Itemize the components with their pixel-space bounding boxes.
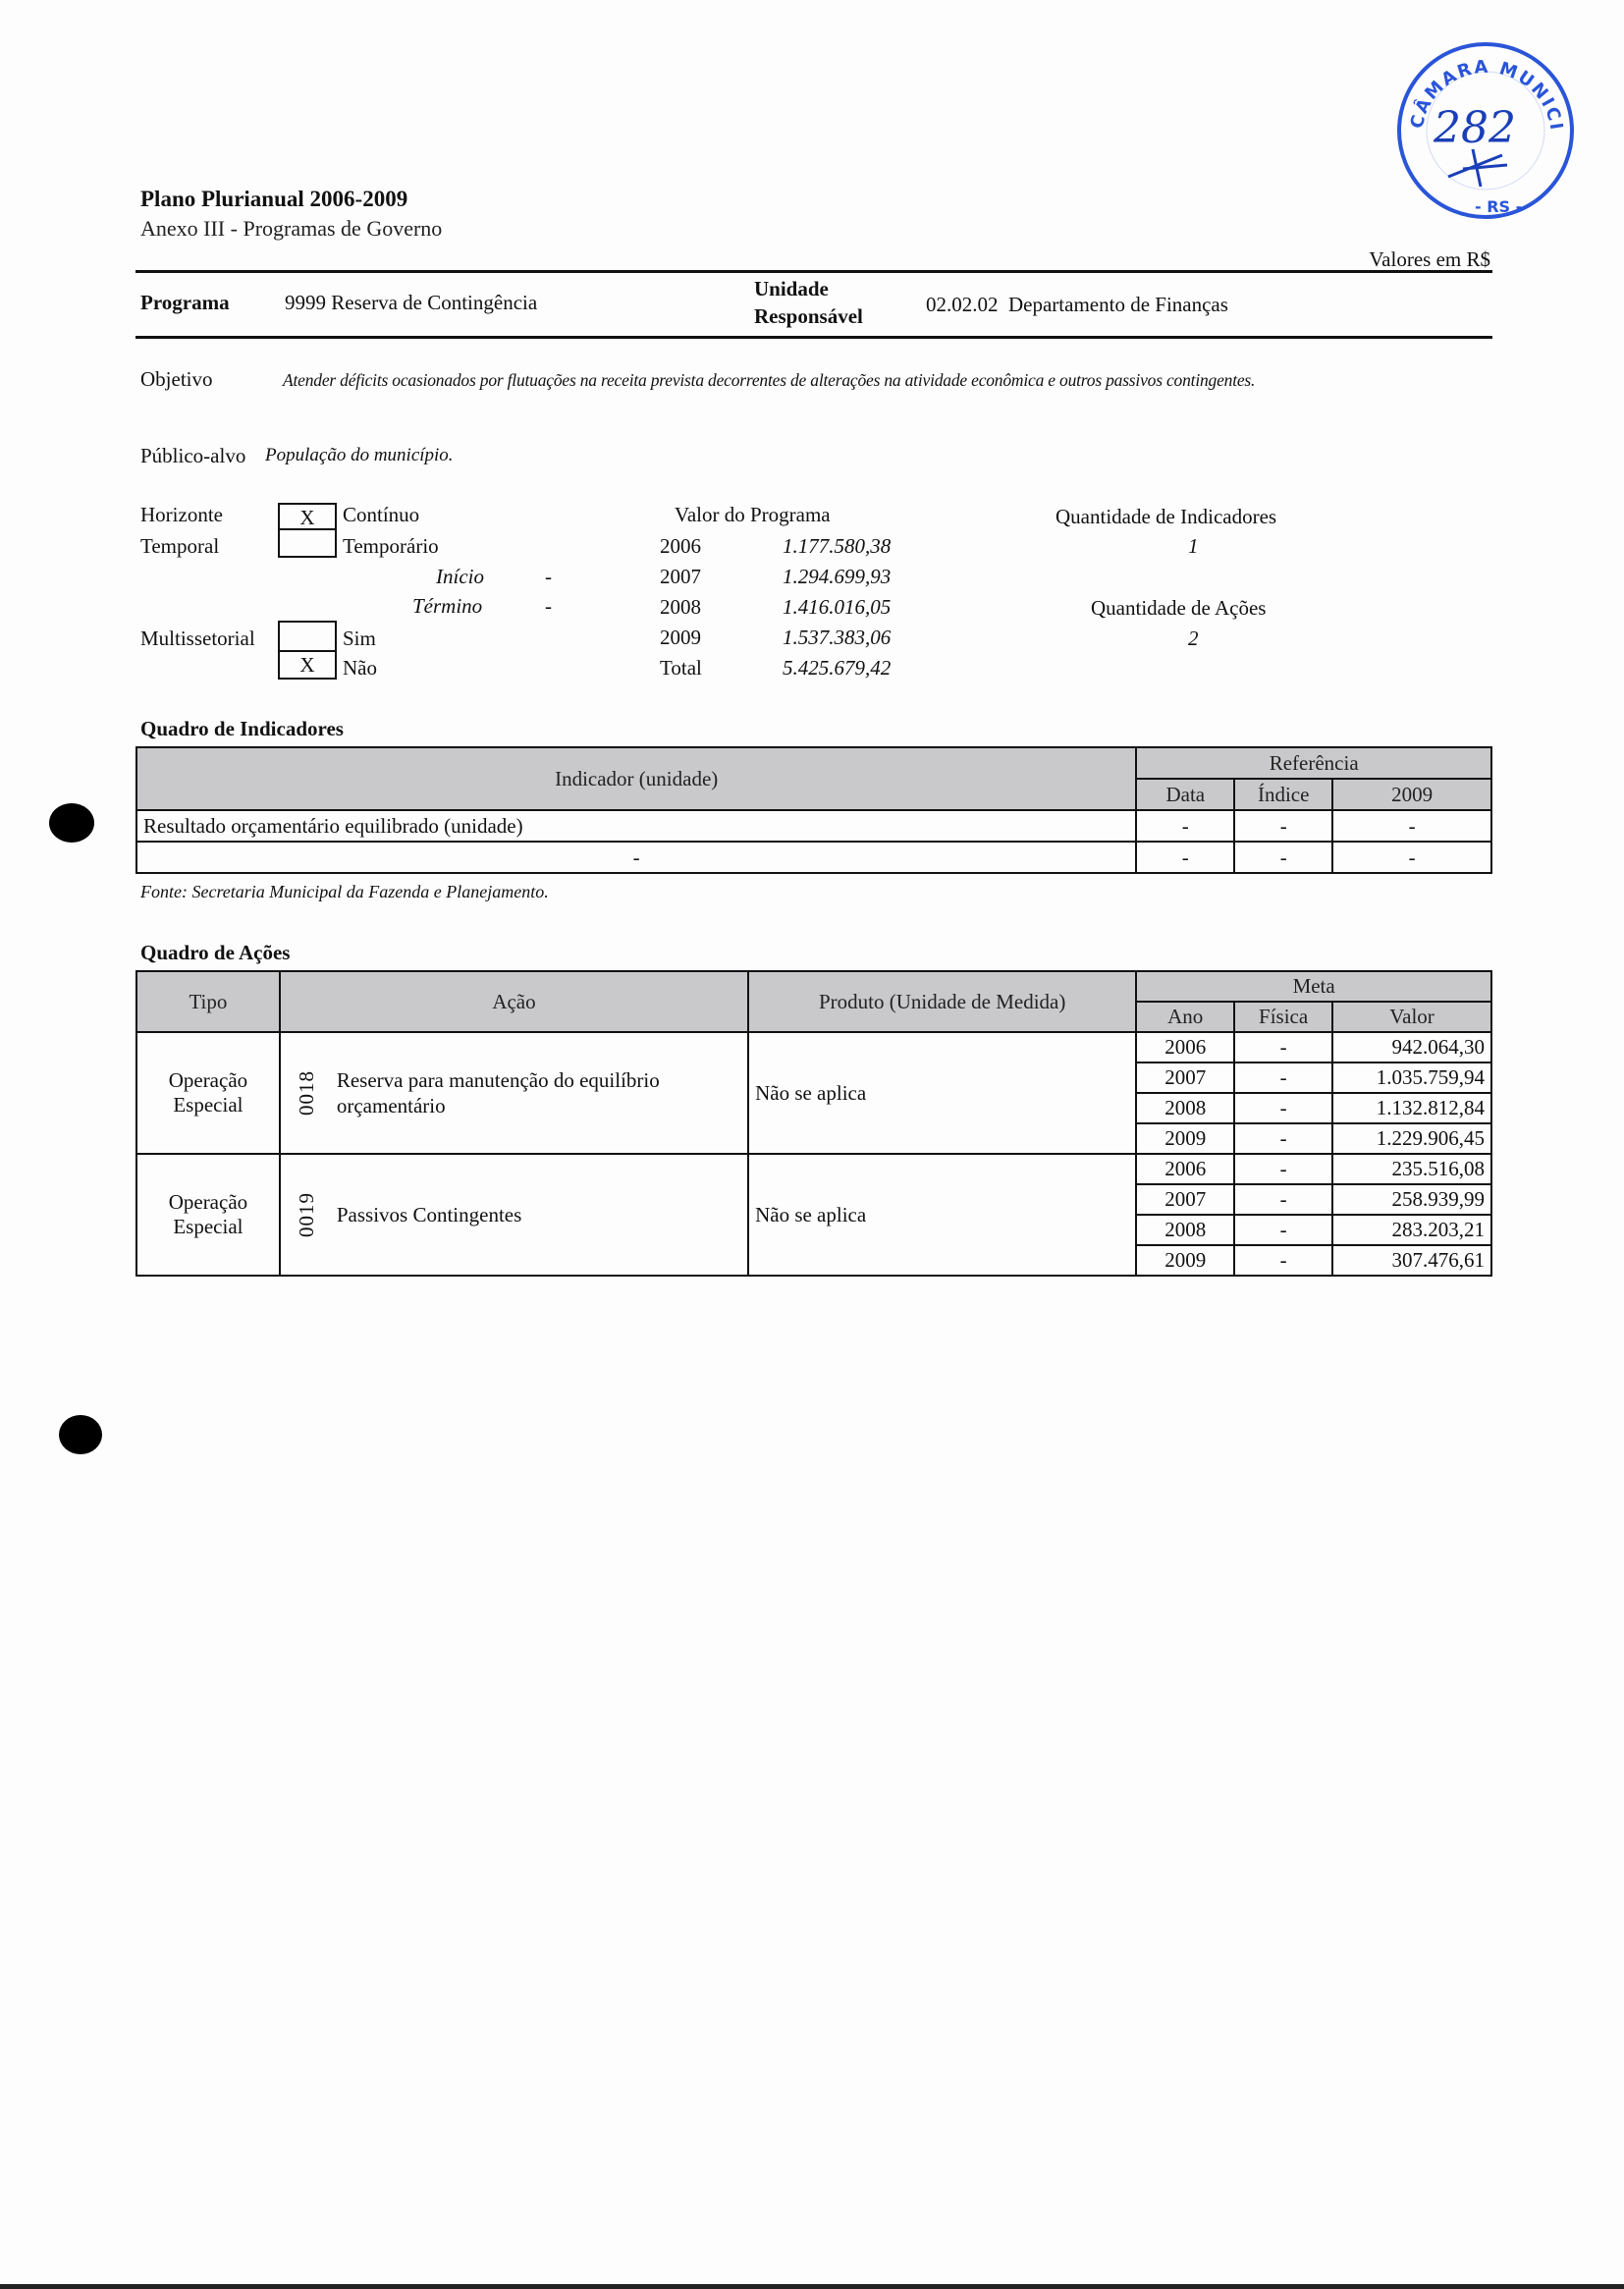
objective-text: Atender déficits ocasionados por flutuaç… [283, 370, 1255, 391]
goal-value: 283.203,21 [1332, 1215, 1491, 1245]
unit-label-2: Responsável [754, 304, 863, 329]
actions-table-title: Quadro de Ações [140, 941, 290, 965]
program-value-year: 2009 [660, 626, 701, 650]
indicators-table: Indicador (unidade) Referência Data Índi… [135, 746, 1492, 874]
goal-physical: - [1234, 1063, 1332, 1093]
top-rule [135, 270, 1492, 273]
col-action: Ação [280, 971, 748, 1032]
program-value-amount: 1.177.580,38 [783, 534, 891, 559]
action-product: Não se aplica [748, 1154, 1136, 1276]
col-indicator: Indicador (unidade) [136, 747, 1136, 810]
stamp-number: 282 [1433, 103, 1516, 153]
actions-table: Tipo Ação Produto (Unidade de Medida) Me… [135, 970, 1492, 1277]
start-value: - [545, 565, 552, 589]
program-value-year: Total [660, 656, 702, 681]
option-sim-label: Sim [343, 627, 376, 651]
document-subtitle: Anexo III - Programas de Governo [140, 216, 442, 242]
program-label: Programa [140, 291, 230, 315]
option-temporario-label: Temporário [343, 534, 439, 559]
unit-value: 02.02.02 Departamento de Finanças [926, 293, 1228, 317]
option-continuo-label: Contínuo [343, 503, 419, 527]
goal-physical: - [1234, 1123, 1332, 1154]
program-value-title: Valor do Programa [675, 503, 831, 527]
program-value-amount: 1.537.383,06 [783, 626, 891, 650]
unit-label-1: Unidade [754, 277, 829, 301]
col-2009: 2009 [1332, 779, 1491, 810]
scan-edge [0, 2284, 1624, 2289]
goal-physical: - [1234, 1154, 1332, 1184]
col-type: Tipo [136, 971, 280, 1032]
currency-note: Valores em R$ [1369, 247, 1490, 272]
program-value-year: 2007 [660, 565, 701, 589]
col-physical: Física [1234, 1002, 1332, 1032]
end-value: - [545, 594, 552, 619]
action-name: Passivos Contingentes [337, 1202, 521, 1227]
action-cell: 0018Reserva para manutenção do equilíbri… [280, 1032, 748, 1154]
option-nao-label: Não [343, 656, 377, 681]
goal-physical: - [1234, 1184, 1332, 1215]
goal-physical: - [1234, 1245, 1332, 1276]
punch-hole [59, 1415, 102, 1454]
action-product: Não se aplica [748, 1032, 1136, 1154]
multisector-label: Multissetorial [140, 627, 255, 651]
goal-value: 942.064,30 [1332, 1032, 1491, 1063]
document-title: Plano Plurianual 2006-2009 [140, 187, 407, 212]
horizon-label-1: Horizonte [140, 503, 223, 527]
goal-value: 258.939,99 [1332, 1184, 1491, 1215]
col-value: Valor [1332, 1002, 1491, 1032]
bottom-rule [135, 336, 1492, 339]
indicators-table-title: Quadro de Indicadores [140, 717, 344, 741]
indicators-count-label: Quantidade de Indicadores [1056, 505, 1276, 529]
actions-count-label: Quantidade de Ações [1091, 596, 1266, 621]
goal-physical: - [1234, 1093, 1332, 1123]
action-name: Reserva para manutenção do equilíbrio or… [337, 1067, 730, 1119]
program-value: 9999 Reserva de Contingência [285, 291, 537, 315]
action-type: OperaçãoEspecial [136, 1032, 280, 1154]
goal-year: 2007 [1136, 1184, 1234, 1215]
target-public-label: Público-alvo [140, 444, 245, 468]
col-data: Data [1136, 779, 1234, 810]
col-index: Índice [1234, 779, 1332, 810]
goal-year: 2006 [1136, 1032, 1234, 1063]
target-public-text: População do município. [265, 445, 454, 466]
end-label: Término [412, 594, 482, 619]
program-value-amount: 5.425.679,42 [783, 656, 891, 681]
checkbox-temporario[interactable] [278, 528, 337, 558]
program-value-year: 2006 [660, 534, 701, 559]
punch-hole [49, 803, 94, 843]
camara-municipal-stamp: CÂMARA MUNICIPAL 282 - RS - [1394, 39, 1577, 222]
table-row: OperaçãoEspecial0019Passivos Contingente… [136, 1154, 1491, 1184]
col-goal: Meta [1136, 971, 1491, 1002]
action-cell: 0019Passivos Contingentes [280, 1154, 748, 1276]
objective-label: Objetivo [140, 367, 213, 392]
program-value-year: 2008 [660, 595, 701, 620]
table-row: - - - - [136, 842, 1491, 873]
action-code: 0018 [295, 1070, 319, 1116]
indicators-count-value: 1 [1188, 534, 1199, 559]
goal-physical: - [1234, 1215, 1332, 1245]
start-label: Início [436, 565, 484, 589]
goal-value: 307.476,61 [1332, 1245, 1491, 1276]
col-year: Ano [1136, 1002, 1234, 1032]
goal-physical: - [1234, 1032, 1332, 1063]
indicators-source: Fonte: Secretaria Municipal da Fazenda e… [140, 882, 549, 902]
goal-year: 2009 [1136, 1123, 1234, 1154]
col-product: Produto (Unidade de Medida) [748, 971, 1136, 1032]
goal-year: 2007 [1136, 1063, 1234, 1093]
goal-value: 235.516,08 [1332, 1154, 1491, 1184]
svg-text:- RS -: - RS - [1475, 197, 1522, 216]
checkbox-continuo[interactable]: X [278, 503, 337, 530]
program-value-amount: 1.416.016,05 [783, 595, 891, 620]
actions-count-value: 2 [1188, 627, 1199, 651]
goal-value: 1.035.759,94 [1332, 1063, 1491, 1093]
action-code: 0019 [295, 1192, 319, 1237]
goal-value: 1.229.906,45 [1332, 1123, 1491, 1154]
col-reference: Referência [1136, 747, 1491, 779]
goal-year: 2008 [1136, 1093, 1234, 1123]
horizon-label-2: Temporal [140, 534, 219, 559]
program-value-amount: 1.294.699,93 [783, 565, 891, 589]
goal-year: 2009 [1136, 1245, 1234, 1276]
checkbox-nao[interactable]: X [278, 650, 337, 680]
goal-value: 1.132.812,84 [1332, 1093, 1491, 1123]
action-type: OperaçãoEspecial [136, 1154, 280, 1276]
goal-year: 2008 [1136, 1215, 1234, 1245]
table-row: Resultado orçamentário equilibrado (unid… [136, 810, 1491, 842]
table-row: OperaçãoEspecial0018Reserva para manuten… [136, 1032, 1491, 1063]
goal-year: 2006 [1136, 1154, 1234, 1184]
checkbox-sim[interactable] [278, 621, 337, 652]
